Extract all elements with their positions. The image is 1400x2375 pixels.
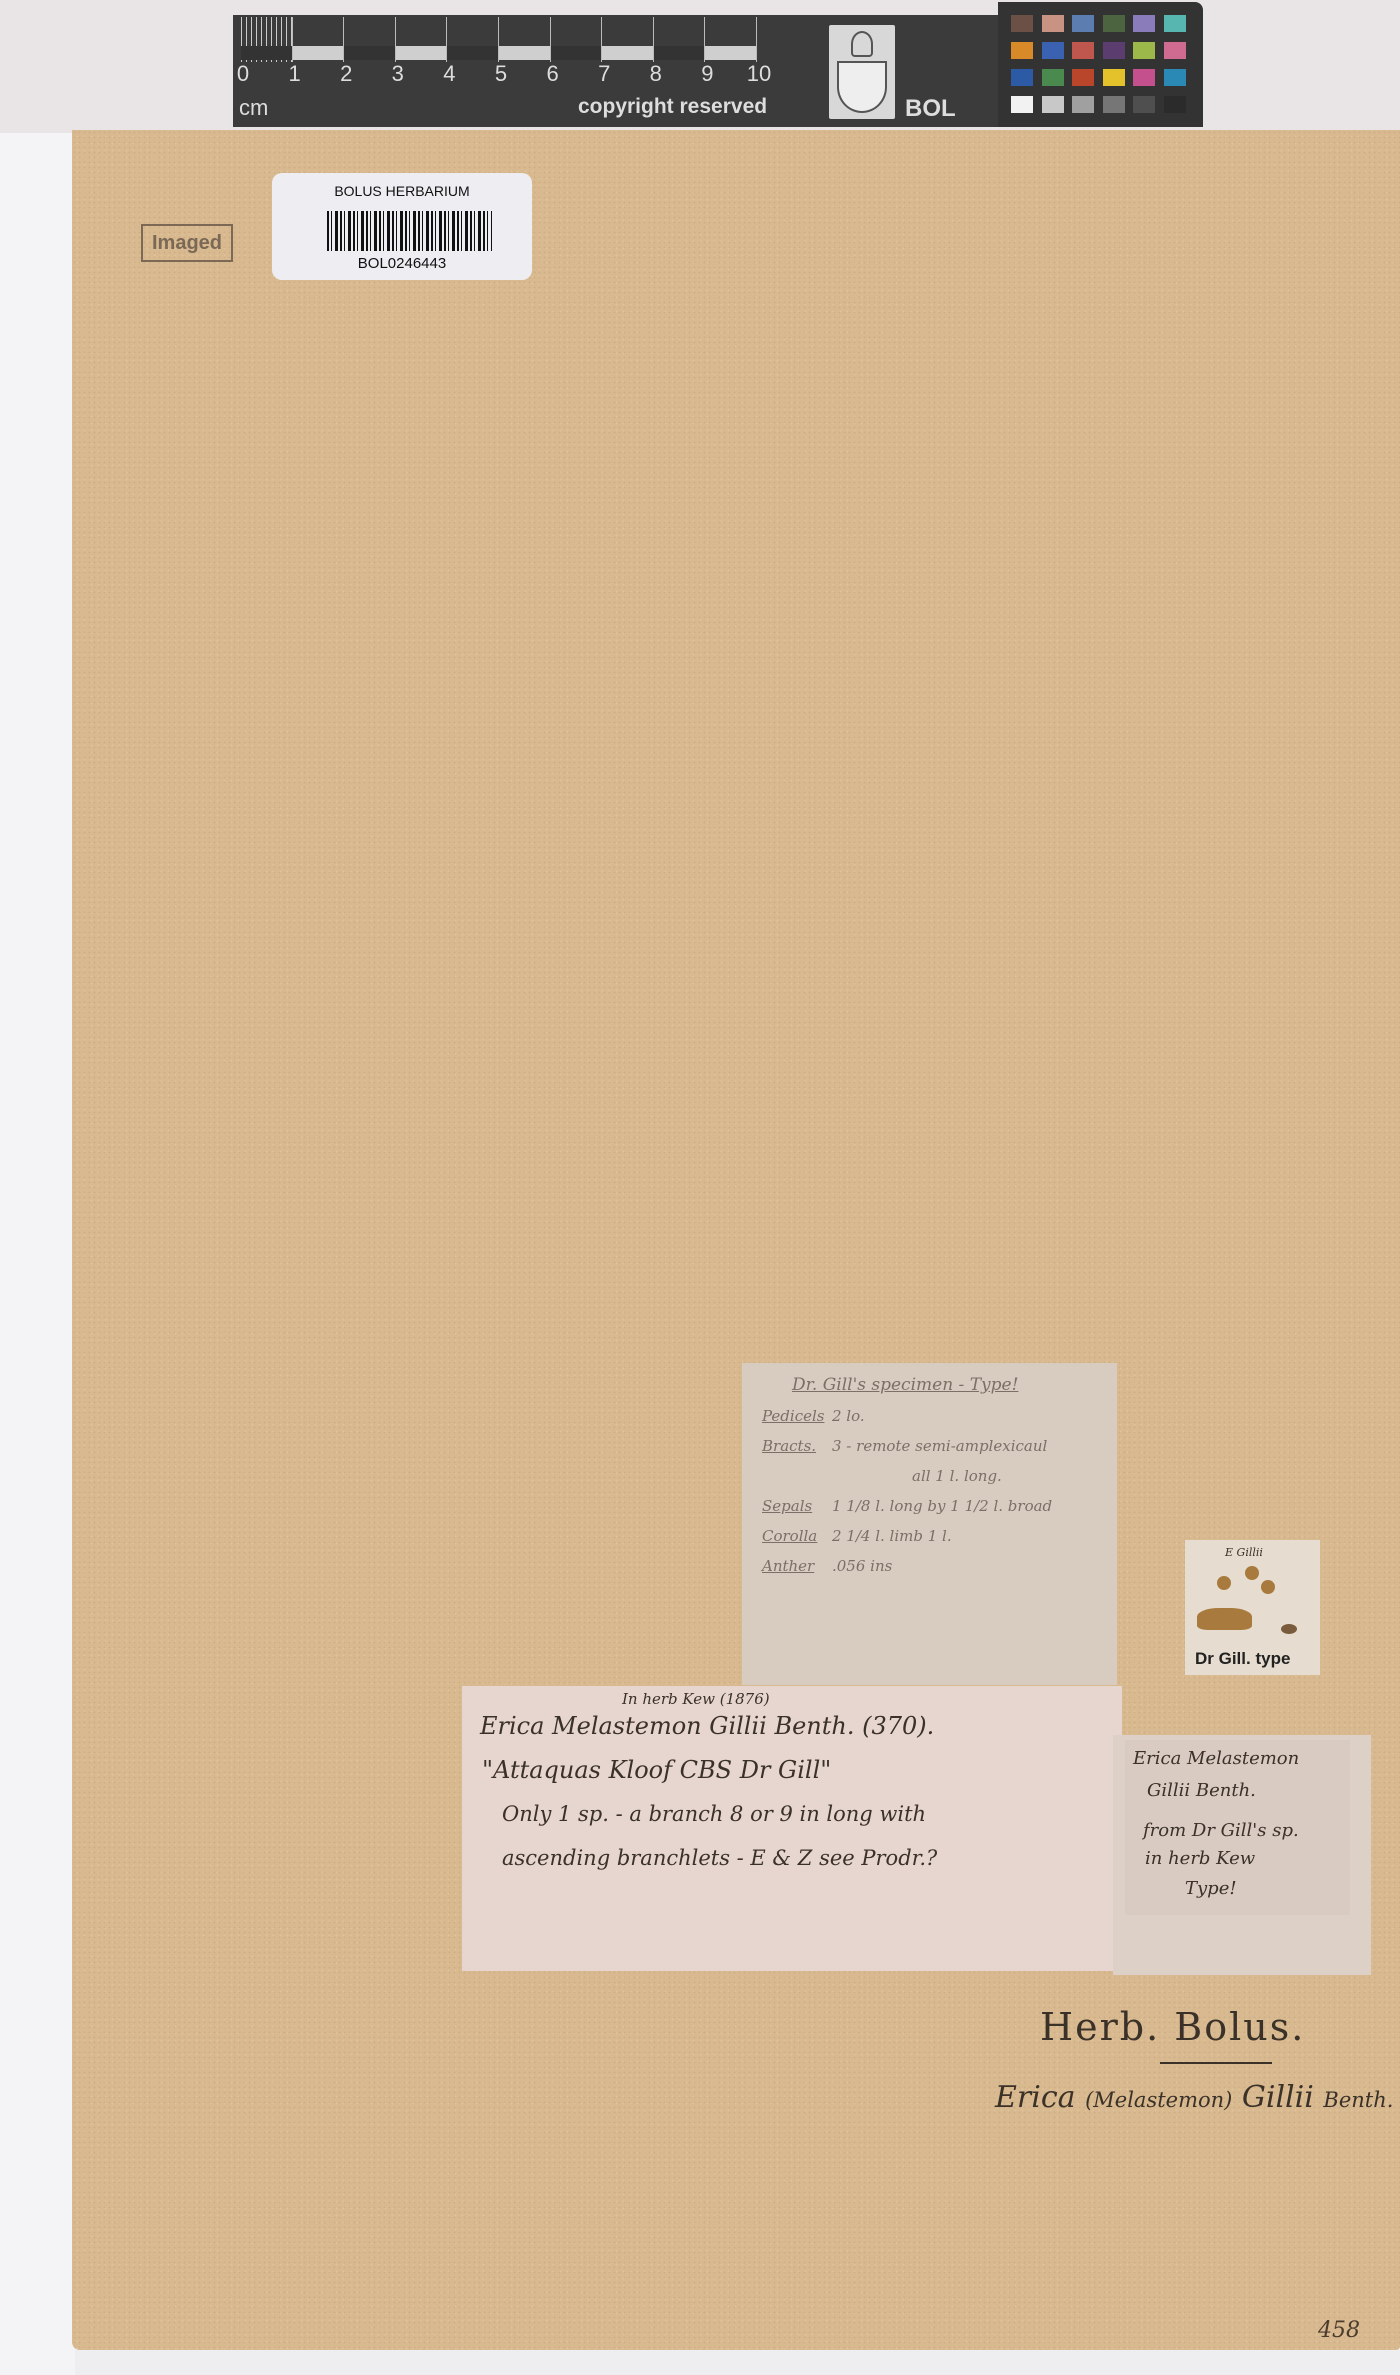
notes-row: Sepals1 1/8 l. long by 1 1/2 l. broad	[762, 1497, 1052, 1515]
determination-section: (Melastemon)	[1085, 2088, 1232, 2112]
flower-fragment-icon	[1245, 1566, 1259, 1580]
folio-number: 458	[1318, 2318, 1360, 2343]
heading-underline	[1160, 2062, 1272, 2064]
color-swatch	[1164, 42, 1186, 59]
specimen-packet-caption: Dr Gill. type	[1195, 1649, 1290, 1669]
ruler-unit: cm	[239, 95, 268, 121]
kew-label-line: "Attaquas Kloof CBS Dr Gill"	[482, 1756, 831, 1784]
ruler-segment	[447, 17, 499, 62]
ruler-scale-bar	[241, 17, 757, 62]
notes-row-value: all 1 l. long.	[912, 1467, 1002, 1485]
color-swatch	[1103, 15, 1125, 32]
type-label-line: in herb Kew	[1145, 1848, 1255, 1869]
color-swatch	[1011, 42, 1033, 59]
color-swatch	[1072, 15, 1094, 32]
ruler-number: 0	[237, 61, 249, 87]
color-swatch	[1133, 15, 1155, 32]
flower-fragment-icon	[1261, 1580, 1275, 1594]
color-swatch	[1011, 96, 1033, 113]
ruler-number: 3	[392, 61, 404, 87]
color-swatch	[1133, 69, 1155, 86]
color-calibration-chart	[998, 2, 1203, 127]
notes-row: Corolla2 1/4 l. limb 1 l.	[762, 1527, 952, 1545]
color-swatch	[1042, 69, 1064, 86]
notes-row: Anther.056 ins	[762, 1557, 892, 1575]
color-swatch	[1011, 15, 1033, 32]
kew-label-line: Only 1 sp. - a branch 8 or 9 in long wit…	[502, 1802, 926, 1826]
ruler-number: 9	[701, 61, 713, 87]
ruler-segment	[344, 17, 396, 62]
color-swatch	[1164, 69, 1186, 86]
color-swatch	[1164, 96, 1186, 113]
ruler-number: 1	[288, 61, 300, 87]
notes-row-key: Corolla	[762, 1527, 832, 1545]
specimen-packet-name: E Gillii	[1225, 1546, 1263, 1559]
herbarium-heading: Herb. Bolus.	[1040, 2005, 1305, 2049]
type-label-line: Erica Melastemon	[1133, 1748, 1299, 1769]
ruler-segment	[293, 17, 345, 62]
scan-background-left	[0, 133, 75, 2375]
notes-row: all 1 l. long.	[842, 1467, 1002, 1485]
ruler-segment	[499, 17, 551, 62]
ruler-number: 8	[650, 61, 662, 87]
notes-row: Pedicels2 lo.	[762, 1407, 865, 1425]
ruler-number: 10	[747, 61, 771, 87]
kew-label-line: ascending branchlets - E & Z see Prodr.?	[502, 1846, 937, 1870]
ruler-number: 2	[340, 61, 352, 87]
notes-title: Dr. Gill's specimen - Type!	[792, 1375, 1018, 1395]
ruler-segment	[705, 17, 757, 62]
measurement-notes-label: Dr. Gill's specimen - Type! Pedicels2 lo…	[742, 1363, 1117, 1685]
color-swatch	[1042, 42, 1064, 59]
color-swatch	[1103, 96, 1125, 113]
kew-label-line: Erica Melastemon Gillii Benth. (370).	[480, 1712, 934, 1740]
determination-genus: Erica	[995, 2080, 1076, 2115]
notes-row-value: 2 1/4 l. limb 1 l.	[832, 1527, 952, 1545]
specimen-fragment-packet: E Gillii Dr Gill. type	[1185, 1540, 1320, 1675]
color-swatch	[1072, 69, 1094, 86]
barcode-icon	[327, 211, 492, 251]
color-swatch	[1133, 96, 1155, 113]
color-swatch	[1164, 15, 1186, 32]
scale-ruler: 012345678910 cm copyright reserved BOL	[233, 15, 998, 127]
type-label-card: Erica MelastemonGillii Benth.from Dr Gil…	[1125, 1740, 1350, 1915]
ruler-segment	[602, 17, 654, 62]
barcode-label: BOLUS HERBARIUM BOL0246443	[272, 173, 532, 280]
notes-row-value: 2 lo.	[832, 1407, 865, 1425]
flower-fragment-icon	[1197, 1608, 1252, 1630]
ruler-number: 5	[495, 61, 507, 87]
color-swatch	[1072, 42, 1094, 59]
barcode-number: BOL0246443	[272, 255, 532, 272]
ruler-number: 4	[443, 61, 455, 87]
color-swatch	[1042, 15, 1064, 32]
imaged-stamp: Imaged	[141, 224, 233, 262]
color-swatch	[1133, 42, 1155, 59]
notes-row: Bracts.3 - remote semi-amplexicaul	[762, 1437, 1047, 1455]
flower-fragment-icon	[1281, 1624, 1297, 1634]
ruler-number: 7	[598, 61, 610, 87]
color-swatch	[1072, 96, 1094, 113]
notes-row-value: 3 - remote semi-amplexicaul	[832, 1437, 1047, 1455]
notes-row-value: .056 ins	[832, 1557, 892, 1575]
color-swatch	[1103, 42, 1125, 59]
barcode-label-title: BOLUS HERBARIUM	[272, 183, 532, 199]
ruler-segment	[551, 17, 603, 62]
notes-row-value: 1 1/8 l. long by 1 1/2 l. broad	[832, 1497, 1052, 1515]
determination: Erica (Melastemon) Gillii Benth.	[995, 2080, 1393, 2115]
determination-author: Benth.	[1323, 2088, 1393, 2112]
notes-row-key: Bracts.	[762, 1437, 832, 1455]
ruler-segment	[396, 17, 448, 62]
ruler-segment	[654, 17, 706, 62]
ruler-number: 6	[546, 61, 558, 87]
type-label: Erica MelastemonGillii Benth.from Dr Gil…	[1113, 1735, 1371, 1975]
type-label-line: from Dr Gill's sp.	[1143, 1820, 1299, 1841]
color-swatch	[1011, 69, 1033, 86]
ruler-numbers: 012345678910	[233, 61, 773, 91]
copyright-text: copyright reserved	[578, 95, 767, 119]
color-swatch	[1042, 96, 1064, 113]
determination-species: Gillii	[1242, 2080, 1314, 2115]
kew-label-line: In herb Kew (1876)	[622, 1690, 770, 1708]
university-crest-icon	[829, 25, 895, 119]
color-swatch	[1103, 69, 1125, 86]
notes-row-key: Sepals	[762, 1497, 832, 1515]
type-label-line: Type!	[1185, 1878, 1237, 1899]
flower-fragment-icon	[1217, 1576, 1231, 1590]
notes-row-key: Pedicels	[762, 1407, 832, 1425]
notes-row-key: Anther	[762, 1557, 832, 1575]
kew-herbarium-label: In herb Kew (1876)Erica Melastemon Gilli…	[462, 1686, 1122, 1971]
type-label-line: Gillii Benth.	[1147, 1780, 1256, 1801]
ruler-segment	[241, 17, 293, 62]
institution-code: BOL	[905, 95, 956, 123]
